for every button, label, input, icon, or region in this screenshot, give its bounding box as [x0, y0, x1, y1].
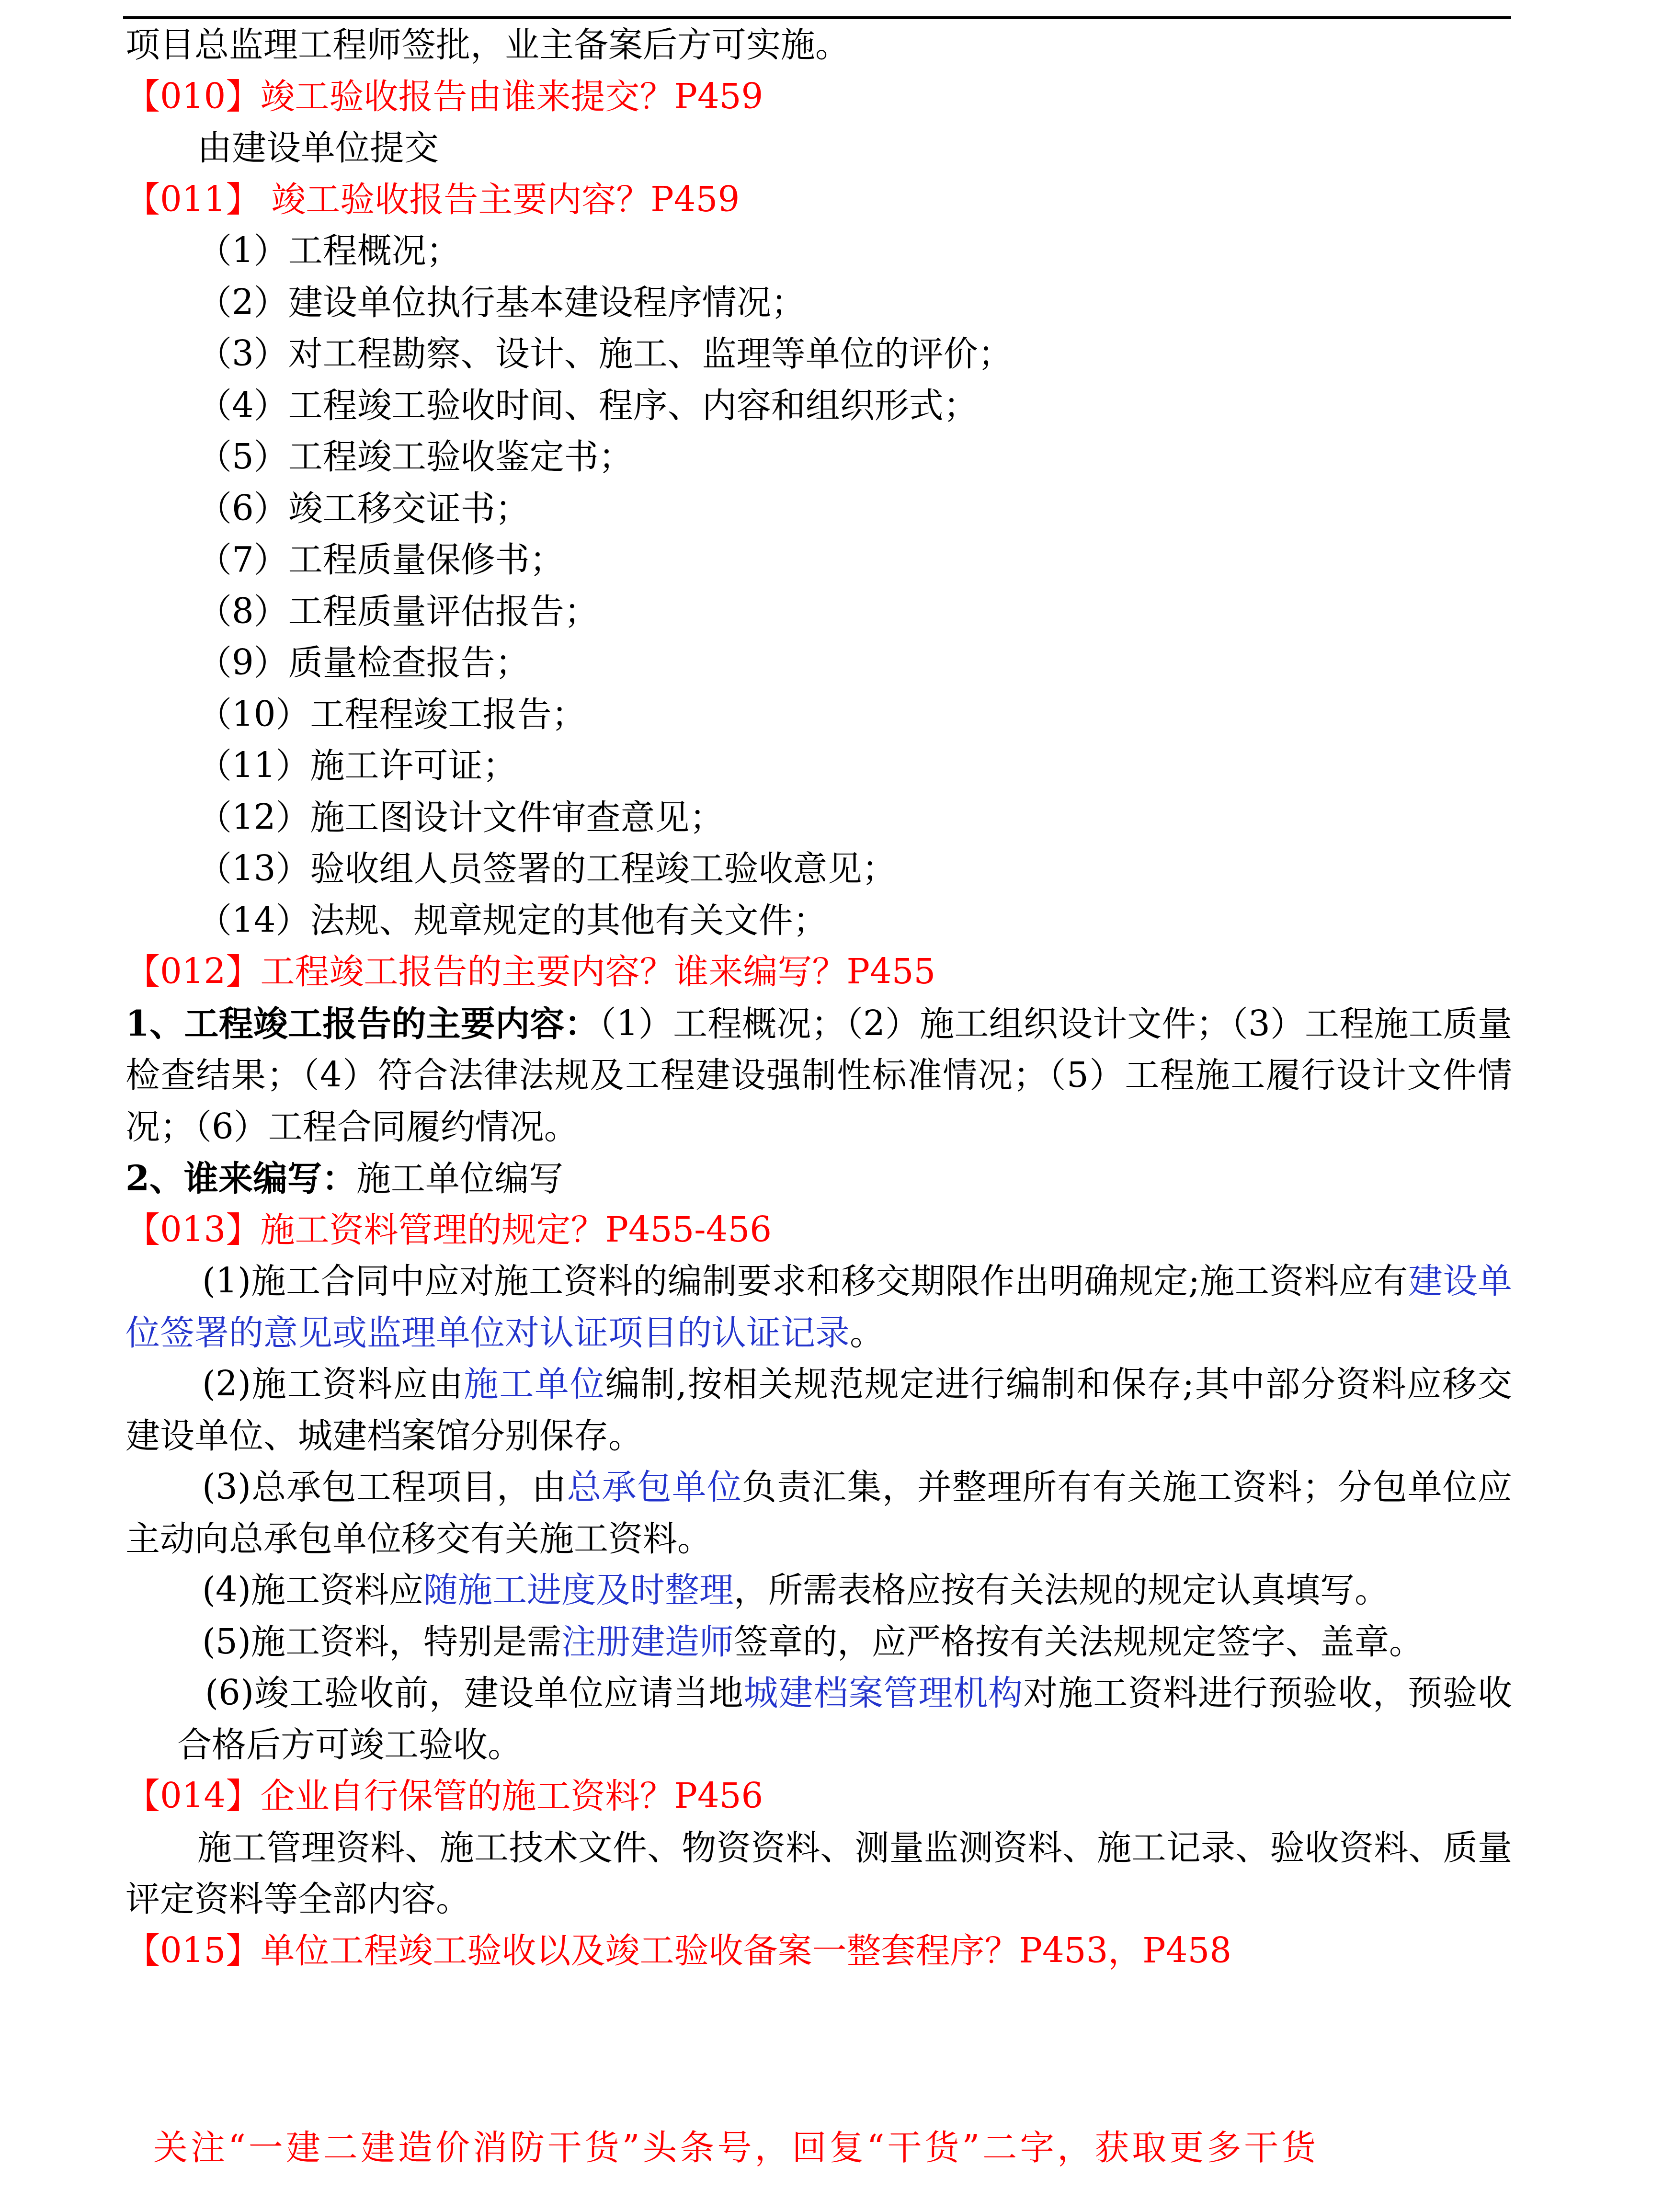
rule-highlight: 总承包单位 — [567, 1467, 742, 1507]
question-text: 竣工验收报告由谁来提交？P459 — [260, 76, 763, 116]
answer-text: 施工单位编写 — [356, 1158, 563, 1198]
list-item: （8）工程质量评估报告； — [125, 586, 1512, 638]
rule-paragraph: (4)施工资料应随施工进度及时整理，所需表格应按有关法规的规定认真填写。 — [125, 1564, 1512, 1616]
question-text: 竣工验收报告主要内容？P459 — [260, 179, 740, 219]
list-item: （1）工程概况； — [125, 225, 1512, 277]
list-item: （12）施工图设计文件审查意见； — [125, 792, 1512, 844]
list-item: （7）工程质量保修书； — [125, 534, 1512, 586]
list-item: （3）对工程勘察、设计、施工、监理等单位的评价； — [125, 328, 1512, 380]
list-item: （9）质量检查报告； — [125, 637, 1512, 689]
rule-text: 签章的，应严格按有关法规规定签字、盖章。 — [734, 1621, 1424, 1662]
list-item: （6）竣工移交证书； — [125, 483, 1512, 535]
question-number: 【015】 — [125, 1930, 260, 1971]
rule-paragraph: (3)总承包工程项目，由总承包单位负责汇集，并整理所有有关施工资料；分包单位应主… — [125, 1461, 1512, 1564]
question-text: 单位工程竣工验收以及竣工验收备案一整套程序？P453，P458 — [260, 1930, 1231, 1971]
answer-012-part2: 2、谁来编写：施工单位编写 — [125, 1152, 1512, 1204]
rule-highlight: 施工单位 — [464, 1364, 605, 1404]
rule-highlight: 城建档案管理机构 — [744, 1673, 1024, 1713]
answer-010: 由建设单位提交 — [125, 122, 1512, 174]
question-heading-015: 【015】单位工程竣工验收以及竣工验收备案一整套程序？P453，P458 — [125, 1925, 1512, 1977]
document-page: 项目总监理工程师签批，业主备案后方可实施。 【010】竣工验收报告由谁来提交？P… — [125, 19, 1512, 1976]
rule-text: 。 — [850, 1312, 884, 1353]
rule-paragraph: (2)施工资料应由施工单位编制,按相关规范规定进行编制和保存;其中部分资料应移交… — [125, 1358, 1512, 1461]
list-item: （13）验收组人员签署的工程竣工验收意见； — [125, 843, 1512, 895]
answer-012-part1: 1、工程竣工报告的主要内容：（1）工程概况；（2）施工组织设计文件；（3）工程施… — [125, 998, 1512, 1153]
question-heading-014: 【014】企业自行保管的施工资料？P456 — [125, 1770, 1512, 1822]
rule-text: (5)施工资料，特别是需 — [202, 1621, 561, 1662]
rule-text: (3)总承包工程项目，由 — [202, 1467, 567, 1507]
list-item: （5）工程竣工验收鉴定书； — [125, 431, 1512, 483]
rule-paragraph: (6)竣工验收前，建设单位应请当地城建档案管理机构对施工资料进行预验收，预验收合… — [125, 1667, 1512, 1770]
list-item: （2）建设单位执行基本建设程序情况； — [125, 277, 1512, 329]
question-heading-013: 【013】施工资料管理的规定？P455-456 — [125, 1204, 1512, 1256]
rule-text: (1)施工合同中应对施工资料的编制要求和移交期限作出明确规定;施工资料应有 — [202, 1261, 1408, 1301]
question-number: 【012】 — [125, 951, 260, 992]
question-number: 【013】 — [125, 1209, 260, 1250]
question-heading-011: 【011】 竣工验收报告主要内容？P459 — [125, 174, 1512, 226]
rule-highlight: 注册建造师 — [561, 1621, 734, 1662]
list-item: （10）工程程竣工报告； — [125, 689, 1512, 741]
footer-promo: 关注“一建二建造价消防干货”头条号，回复“干货”二字，获取更多干货 — [153, 2120, 1514, 2169]
question-number: 【014】 — [125, 1776, 260, 1816]
list-item: （11）施工许可证； — [125, 740, 1512, 792]
rule-text: (2)施工资料应由 — [202, 1364, 464, 1404]
question-heading-010: 【010】竣工验收报告由谁来提交？P459 — [125, 71, 1512, 123]
answer-014: 施工管理资料、施工技术文件、物资资料、测量监测资料、施工记录、验收资料、质量评定… — [125, 1822, 1512, 1925]
continuation-line: 项目总监理工程师签批，业主备案后方可实施。 — [125, 19, 1512, 71]
question-number: 【011】 — [125, 179, 260, 219]
rule-paragraph: (5)施工资料，特别是需注册建造师签章的，应严格按有关法规规定签字、盖章。 — [125, 1616, 1512, 1668]
question-text: 工程竣工报告的主要内容？谁来编写？P455 — [260, 951, 935, 992]
question-text: 施工资料管理的规定？P455-456 — [260, 1209, 772, 1250]
question-text: 企业自行保管的施工资料？P456 — [260, 1776, 763, 1816]
list-item: （14）法规、规章规定的其他有关文件； — [125, 895, 1512, 946]
rule-text: ，所需表格应按有关法规的规定认真填写。 — [734, 1570, 1389, 1610]
rule-highlight: 随施工进度及时整理 — [423, 1570, 734, 1610]
list-item: （4）工程竣工验收时间、程序、内容和组织形式； — [125, 380, 1512, 432]
rule-text: (6)竣工验收前，建设单位应请当地 — [205, 1673, 744, 1713]
answer-label: 1、工程竣工报告的主要内容： — [125, 1003, 599, 1044]
rule-paragraph: (1)施工合同中应对施工资料的编制要求和移交期限作出明确规定;施工资料应有建设单… — [125, 1255, 1512, 1358]
question-number: 【010】 — [125, 76, 260, 116]
answer-label: 2、谁来编写： — [125, 1158, 356, 1198]
question-heading-012: 【012】工程竣工报告的主要内容？谁来编写？P455 — [125, 946, 1512, 998]
rule-text: (4)施工资料应 — [202, 1570, 423, 1610]
